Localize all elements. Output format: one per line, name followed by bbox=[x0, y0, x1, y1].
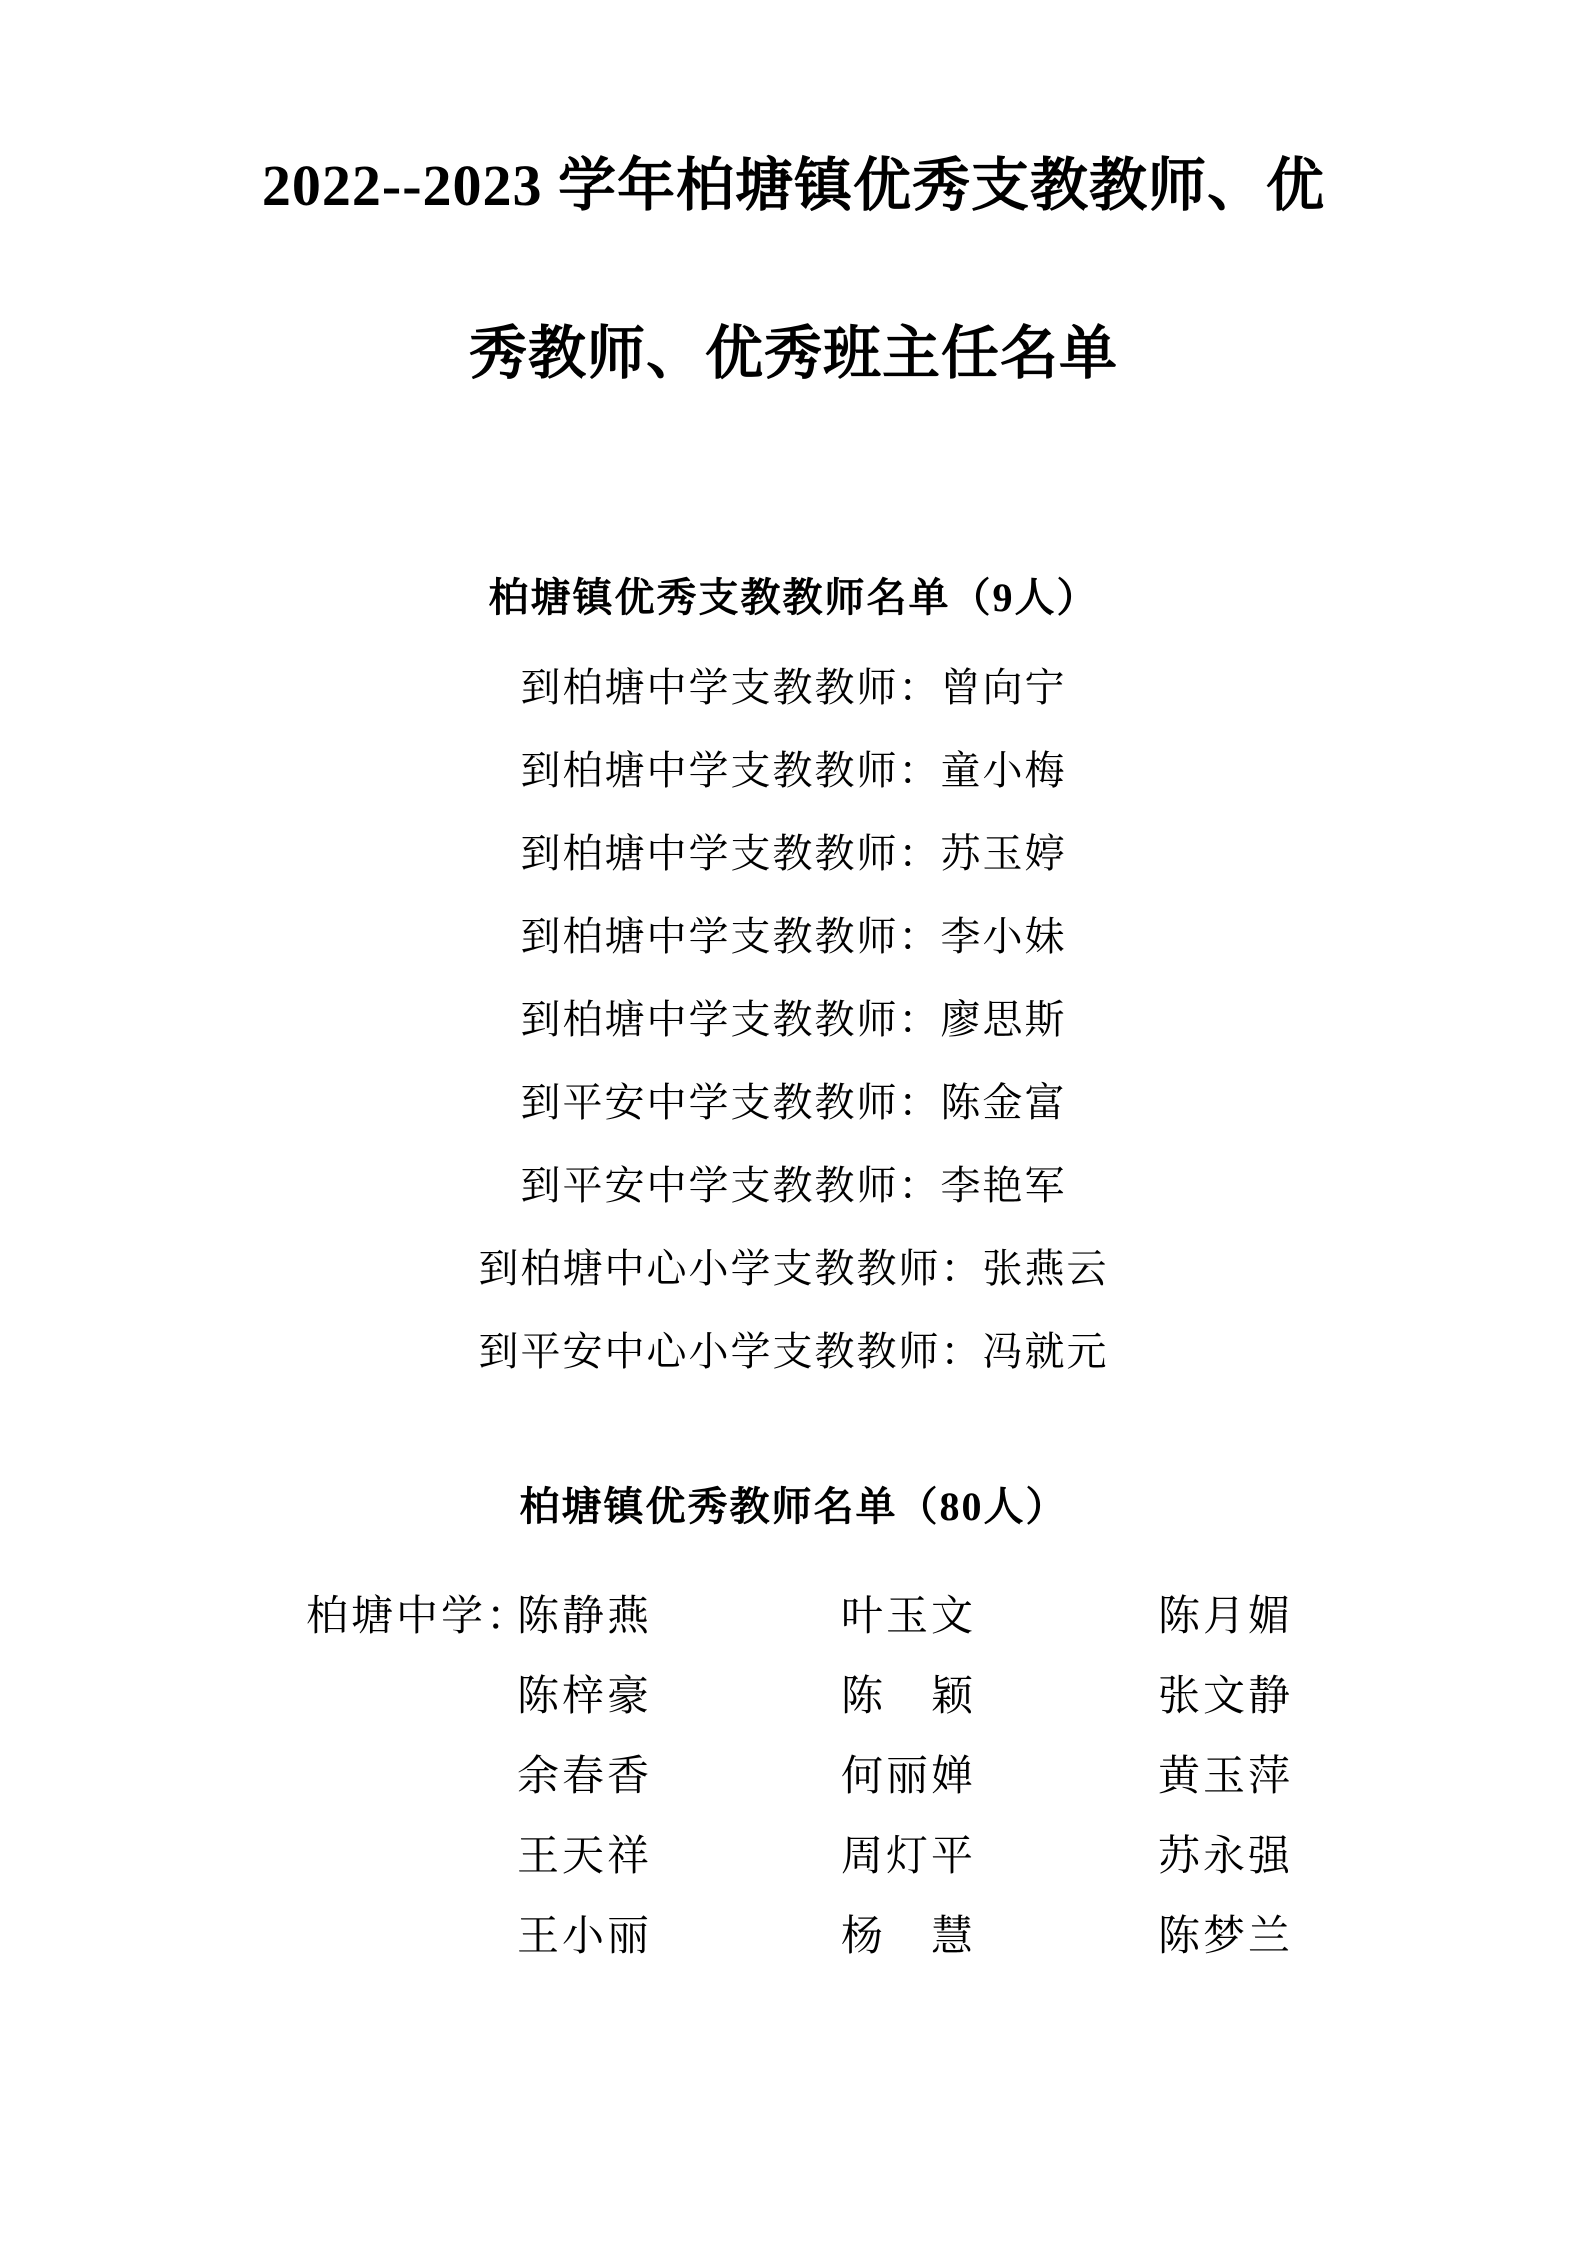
excellent-section-heading: 柏塘镇优秀教师名单（80人） bbox=[0, 1479, 1587, 1535]
school-label: 柏塘中学： bbox=[306, 1583, 531, 1643]
teacher-name: 苏永强 bbox=[1158, 1823, 1293, 1883]
support-list-item: 到平安中学支教教师：李艳军 bbox=[0, 1144, 1587, 1227]
table-row: 王小丽 杨 慧 陈梦兰 bbox=[0, 1893, 1587, 1973]
support-list-item: 到柏塘中学支教教师：李小妹 bbox=[0, 895, 1587, 978]
table-row: 余春香 何丽婵 黄玉萍 bbox=[0, 1733, 1587, 1813]
teacher-name: 陈梦兰 bbox=[1158, 1903, 1293, 1963]
teacher-name: 何丽婵 bbox=[841, 1743, 976, 1803]
teacher-name: 陈静燕 bbox=[517, 1583, 652, 1643]
support-list-item: 到柏塘中学支教教师：童小梅 bbox=[0, 729, 1587, 812]
document-title: 2022--2023 学年柏塘镇优秀支教教师、优 秀教师、优秀班主任名单 bbox=[0, 0, 1587, 438]
support-list-item: 到柏塘中心小学支教教师：张燕云 bbox=[0, 1227, 1587, 1310]
teacher-name: 周灯平 bbox=[841, 1823, 976, 1883]
title-line-1: 2022--2023 学年柏塘镇优秀支教教师、优 bbox=[0, 102, 1587, 270]
support-list-item: 到平安中学支教教师：陈金富 bbox=[0, 1061, 1587, 1144]
support-list-item: 到柏塘中学支教教师：曾向宁 bbox=[0, 646, 1587, 729]
teacher-name: 陈梓豪 bbox=[517, 1663, 652, 1723]
teacher-name: 陈 颖 bbox=[841, 1663, 976, 1723]
teacher-name: 王小丽 bbox=[517, 1903, 652, 1963]
document-page: 2022--2023 学年柏塘镇优秀支教教师、优 秀教师、优秀班主任名单 柏塘镇… bbox=[0, 0, 1587, 2245]
excellent-teacher-table: 柏塘中学： 陈静燕 叶玉文 陈月媚 陈梓豪 陈 颖 张文静 余春香 何丽婵 黄玉… bbox=[0, 1573, 1587, 1973]
teacher-name: 叶玉文 bbox=[841, 1583, 976, 1643]
teacher-name: 王天祥 bbox=[517, 1823, 652, 1883]
teacher-name: 张文静 bbox=[1158, 1663, 1293, 1723]
title-line-2: 秀教师、优秀班主任名单 bbox=[0, 270, 1587, 438]
table-row: 陈梓豪 陈 颖 张文静 bbox=[0, 1653, 1587, 1733]
teacher-name: 黄玉萍 bbox=[1158, 1743, 1293, 1803]
support-section-heading: 柏塘镇优秀支教教师名单（9人） bbox=[0, 570, 1587, 626]
support-list-item: 到柏塘中学支教教师：苏玉婷 bbox=[0, 812, 1587, 895]
teacher-name: 陈月媚 bbox=[1158, 1583, 1293, 1643]
teacher-name: 余春香 bbox=[517, 1743, 652, 1803]
table-row: 王天祥 周灯平 苏永强 bbox=[0, 1813, 1587, 1893]
table-row: 柏塘中学： 陈静燕 叶玉文 陈月媚 bbox=[0, 1573, 1587, 1653]
support-teacher-list: 到柏塘中学支教教师：曾向宁 到柏塘中学支教教师：童小梅 到柏塘中学支教教师：苏玉… bbox=[0, 646, 1587, 1393]
support-list-item: 到柏塘中学支教教师：廖思斯 bbox=[0, 978, 1587, 1061]
support-list-item: 到平安中心小学支教教师：冯就元 bbox=[0, 1310, 1587, 1393]
teacher-name: 杨 慧 bbox=[841, 1903, 976, 1963]
